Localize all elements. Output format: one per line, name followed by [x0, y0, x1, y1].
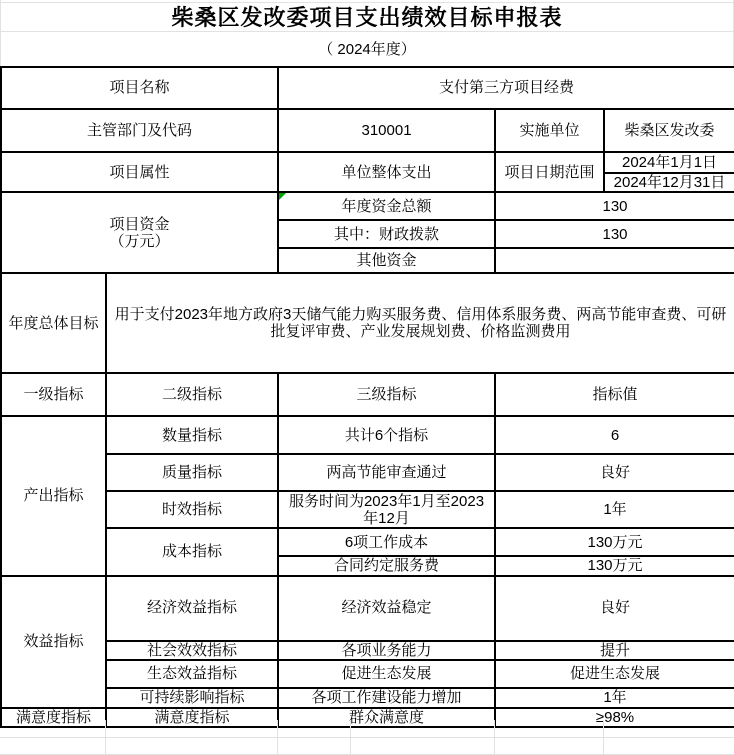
cell-funding-other-value[interactable]: [495, 248, 734, 273]
cell-header-level1[interactable]: 一级指标: [1, 373, 106, 416]
cell-funding-total-label[interactable]: 年度资金总额: [278, 192, 495, 220]
cell-impl-unit-label[interactable]: 实施单位: [495, 109, 604, 152]
cell-quantity-detail[interactable]: 共计6个指标: [278, 416, 495, 454]
cell-header-level3[interactable]: 三级指标: [278, 373, 495, 416]
cell-sustainable-name[interactable]: 可持续影响指标: [106, 688, 278, 708]
cell-quality-name[interactable]: 质量指标: [106, 454, 278, 491]
cell-funding-label[interactable]: 项目资金 （万元）: [1, 192, 278, 273]
cell-funding-total-value[interactable]: 130: [495, 192, 734, 220]
cell-economic-detail[interactable]: 经济效益稳定: [278, 576, 495, 641]
cell-economic-value[interactable]: 良好: [495, 576, 734, 641]
cell-social-name[interactable]: 社会效效指标: [106, 641, 278, 660]
cell-impl-unit-value[interactable]: 柴桑区发改委: [604, 109, 734, 152]
cell-funding-fiscal-value[interactable]: 130: [495, 220, 734, 248]
spreadsheet-page: 柴桑区发改委项目支出绩效目标申报表 （ 2024年度） 项目名称 支付第三方项目…: [0, 0, 734, 755]
cell-project-name-value[interactable]: 支付第三方项目经费: [278, 67, 734, 109]
funding-label-line2: （万元）: [6, 233, 273, 250]
cell-date-start[interactable]: 2024年1月1日: [604, 152, 734, 173]
cell-attribute-label[interactable]: 项目属性: [1, 152, 278, 192]
cell-date-end[interactable]: 2024年12月31日: [604, 173, 734, 192]
cell-dept-code-value[interactable]: 310001: [278, 109, 495, 152]
funding-total-label-text: 年度资金总额: [342, 198, 432, 215]
cell-cost-name[interactable]: 成本指标: [106, 528, 278, 575]
cell-funding-other-label[interactable]: 其他资金: [278, 248, 495, 273]
cell-attribute-value[interactable]: 单位整体支出: [278, 152, 495, 192]
empty-cells-area[interactable]: [0, 720, 734, 755]
cell-annual-goal-text[interactable]: 用于支付2023年地方政府3天储气能力购买服务费、信用体系服务费、两高节能审查费…: [106, 273, 734, 373]
cell-header-value[interactable]: 指标值: [495, 373, 734, 416]
cell-project-name-label[interactable]: 项目名称: [1, 67, 278, 109]
cell-header-level2[interactable]: 二级指标: [106, 373, 278, 416]
cell-cost-value2[interactable]: 130万元: [495, 556, 734, 575]
cell-annual-goal-label[interactable]: 年度总体目标: [1, 273, 106, 373]
cell-output-label[interactable]: 产出指标: [1, 416, 106, 575]
cell-timeliness-name[interactable]: 时效指标: [106, 491, 278, 528]
cell-ecological-name[interactable]: 生态效益指标: [106, 660, 278, 688]
cell-social-detail[interactable]: 各项业务能力: [278, 641, 495, 660]
form-subtitle: （ 2024年度）: [0, 31, 734, 66]
cell-quantity-value[interactable]: 6: [495, 416, 734, 454]
cell-cost-detail1[interactable]: 6项工作成本: [278, 528, 495, 556]
cell-ecological-detail[interactable]: 促进生态发展: [278, 660, 495, 688]
cell-timeliness-detail[interactable]: 服务时间为2023年1月至2023年12月: [278, 491, 495, 528]
declaration-table: 项目名称 支付第三方项目经费 主管部门及代码 310001 实施单位 柴桑区发改…: [0, 66, 734, 728]
funding-label-line1: 项目资金: [6, 216, 273, 233]
cell-date-range-label[interactable]: 项目日期范围: [495, 152, 604, 192]
cell-quality-value[interactable]: 良好: [495, 454, 734, 491]
cell-quantity-name[interactable]: 数量指标: [106, 416, 278, 454]
cell-economic-name[interactable]: 经济效益指标: [106, 576, 278, 641]
cell-quality-detail[interactable]: 两高节能审查通过: [278, 454, 495, 491]
cell-benefit-label[interactable]: 效益指标: [1, 576, 106, 708]
cell-cost-detail2[interactable]: 合同约定服务费: [278, 556, 495, 575]
cell-sustainable-value[interactable]: 1年: [495, 688, 734, 708]
cell-ecological-value[interactable]: 促进生态发展: [495, 660, 734, 688]
cell-dept-code-label[interactable]: 主管部门及代码: [1, 109, 278, 152]
cell-funding-fiscal-label[interactable]: 其中：财政拨款: [278, 220, 495, 248]
comment-marker-icon: [279, 193, 286, 200]
cell-social-value[interactable]: 提升: [495, 641, 734, 660]
cell-cost-value1[interactable]: 130万元: [495, 528, 734, 556]
cell-timeliness-value[interactable]: 1年: [495, 491, 734, 528]
cell-sustainable-detail[interactable]: 各项工作建设能力增加: [278, 688, 495, 708]
gridline: [0, 737, 734, 738]
form-title: 柴桑区发改委项目支出绩效目标申报表: [0, 2, 734, 31]
